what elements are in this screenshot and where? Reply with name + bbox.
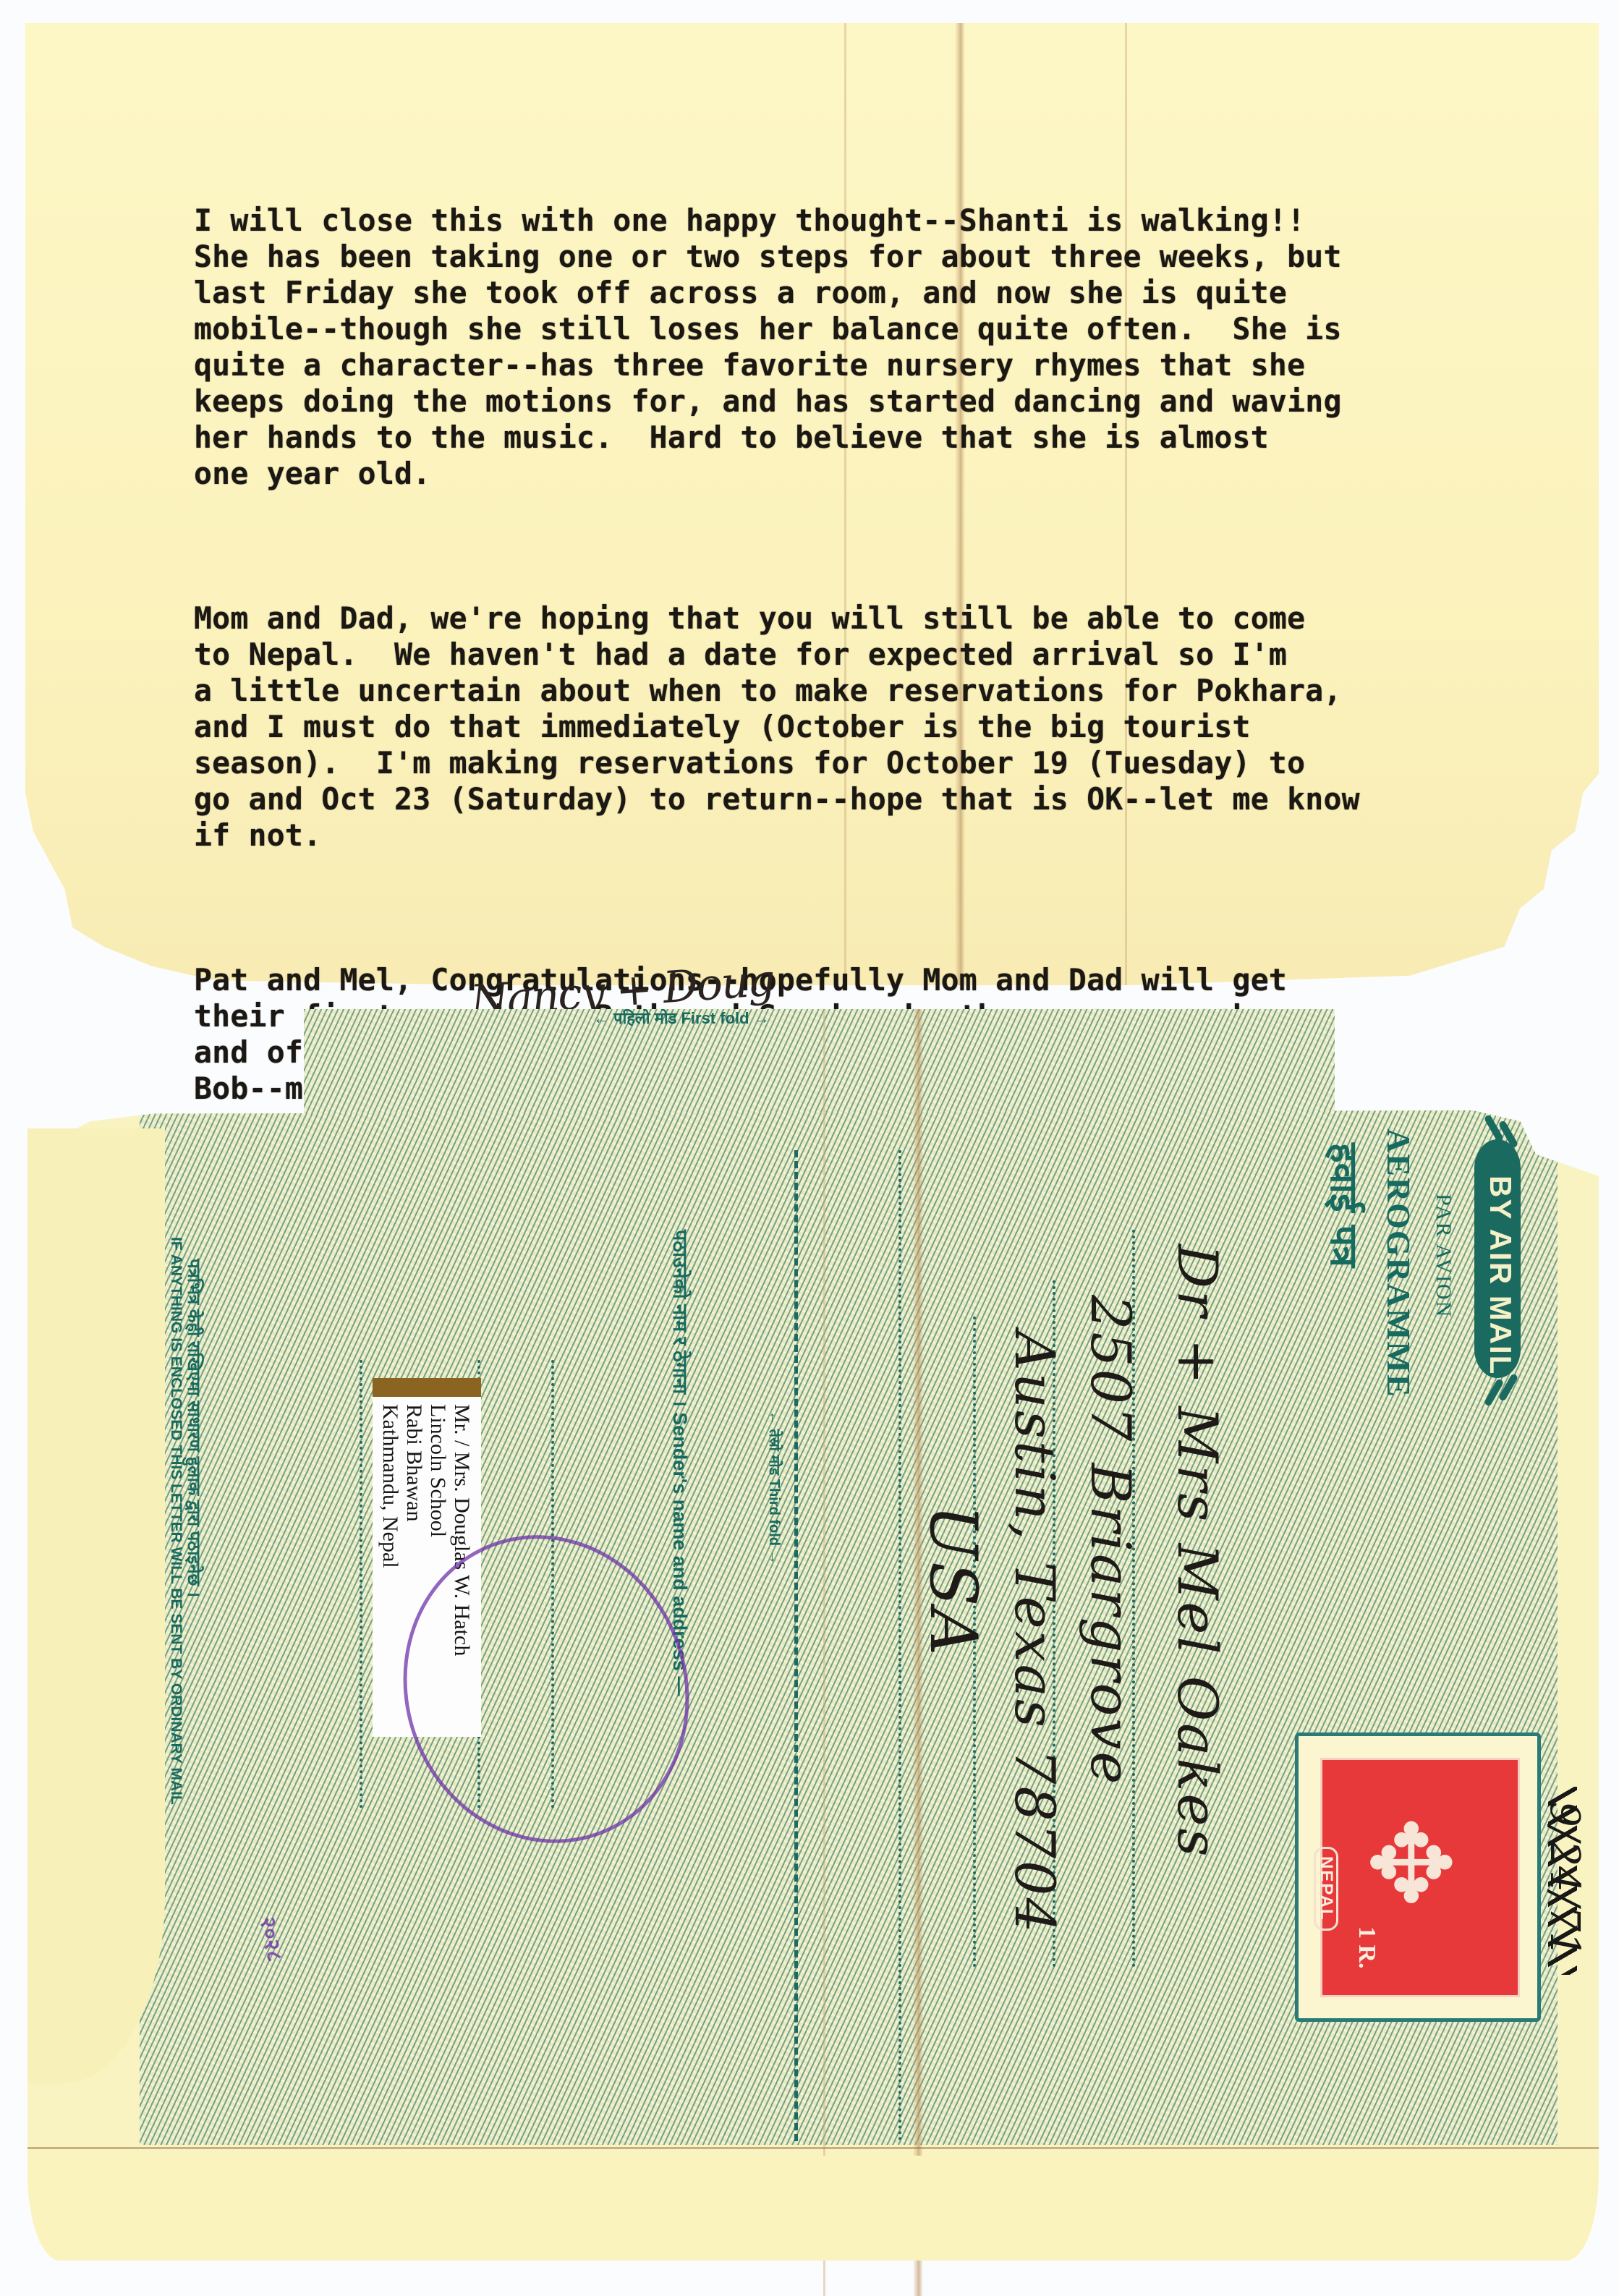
- aerogramme-title: AEROGRAMME: [1380, 1128, 1418, 1398]
- address-rule: [898, 1150, 901, 2141]
- third-fold-line: [794, 1150, 798, 2141]
- third-fold-label: ← तेस्रो मोड Third fold →: [765, 1411, 785, 1565]
- stamp-design: ✥ NEPAL 1 R.: [1320, 1758, 1520, 1997]
- by-air-mail-text: BY AIR MAIL: [1483, 1175, 1518, 1375]
- postage-stamp: ✥ NEPAL 1 R.: [1295, 1732, 1541, 2022]
- paragraph-visit: Mom and Dad, we're hoping that you will …: [194, 600, 1597, 854]
- address-rule: [360, 1360, 362, 1808]
- recipient-name: Dr + Mrs Mel Oakes: [1165, 1244, 1230, 1858]
- aerogramme-title-devanagari: हवाई पत्र: [1320, 1143, 1371, 1267]
- aerogramme-sheet: [27, 1110, 1599, 2206]
- stamp-value: 1 R.: [1353, 1926, 1380, 1969]
- first-fold-label: ← पहिलो मोड First fold →: [593, 1007, 770, 1029]
- fold-crease: [823, 1009, 825, 2296]
- warning-devanagari: पत्रभित्र केही राखिएमा साधारण हुलाक द्वा…: [182, 1259, 206, 1597]
- recipient-city: Austin, Texas 78704: [1003, 1331, 1067, 1935]
- aerogramme-neck-flap: [304, 1009, 1335, 1125]
- recipient-street: 2507 Briargrove: [1079, 1295, 1143, 1786]
- stamp-country: NEPAL: [1314, 1847, 1338, 1931]
- by-air-mail-badge: BY AIR MAIL: [1474, 1139, 1521, 1378]
- second-fold-crease: [27, 2147, 1599, 2149]
- par-avion-text: PAR AVION: [1431, 1194, 1456, 1318]
- bottom-flap: [27, 2156, 1599, 2261]
- recipient-country: USA: [915, 1505, 991, 1658]
- left-flap: [27, 1128, 165, 2083]
- paragraph-shanti: I will close this with one happy thought…: [194, 203, 1597, 492]
- handwritten-date: 9/24/71: [1541, 1801, 1588, 1957]
- garuda-icon: ✥: [1366, 1811, 1457, 1919]
- ordinary-mail-warning: IF ANYTHING IS ENCLOSED THIS LETTER WILL…: [167, 1237, 184, 1805]
